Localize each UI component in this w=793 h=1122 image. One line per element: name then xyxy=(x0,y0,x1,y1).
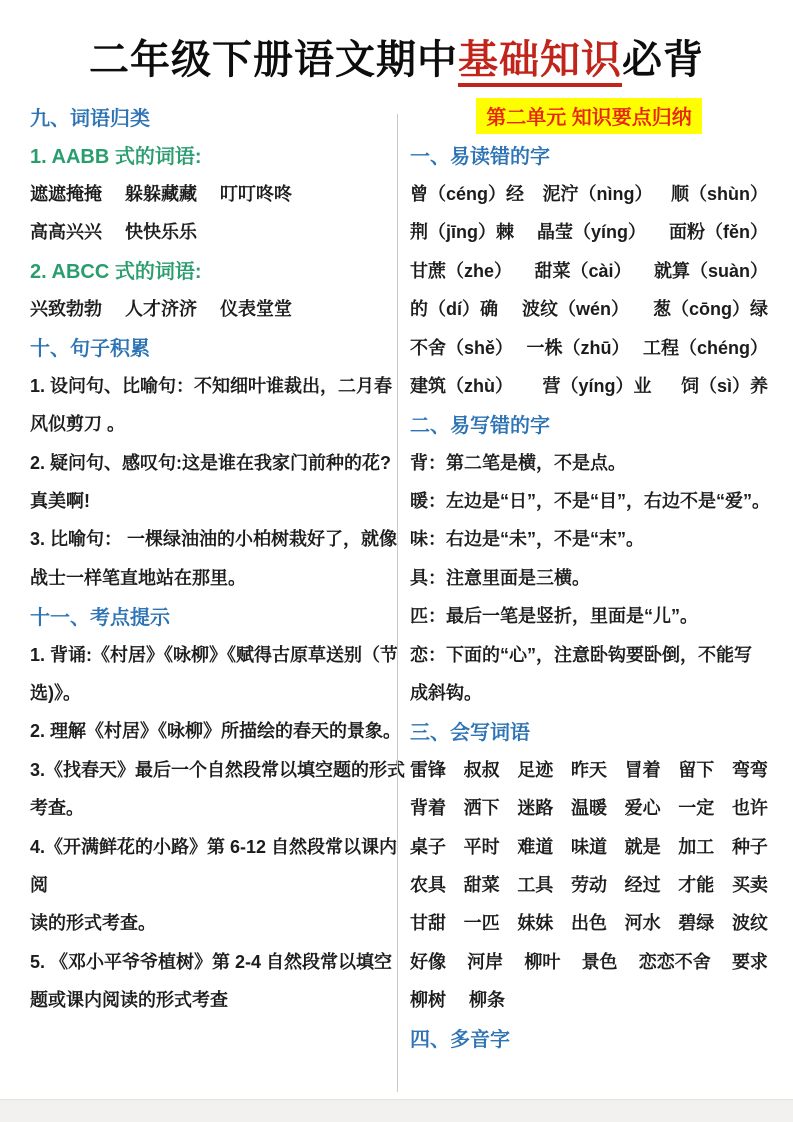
word-row: 建筑（zhù）营（yíng）业饲（sì）养 xyxy=(410,366,768,404)
word: 就是 xyxy=(625,833,661,859)
section-heading: 十、句子积累 xyxy=(30,327,383,365)
word: 爱心 xyxy=(625,794,661,820)
word: 一定 xyxy=(678,794,714,820)
word: 温暖 xyxy=(571,794,607,820)
word: 曾（céng）经 xyxy=(410,180,524,206)
word: 恋恋不舍 xyxy=(639,948,711,974)
word: 波纹（wén） xyxy=(522,295,629,321)
word: 雷锋 xyxy=(410,756,446,782)
word: 人才济济 xyxy=(125,295,197,321)
document-page: 二年级下册语文期中基础知识必背 九、词语归类1. AABB 式的词语:遮遮掩掩躲… xyxy=(0,0,793,1122)
title-text-post: 必背 xyxy=(622,38,704,82)
word: 平时 xyxy=(464,833,500,859)
word-row: 高高兴兴快快乐乐 xyxy=(30,212,383,250)
word: 顺（shùn） xyxy=(671,180,768,206)
word: 河岸 xyxy=(467,948,503,974)
text-line: 风似剪刀 。 xyxy=(30,404,383,442)
text-line: 味：右边是“未”，不是“末”。 xyxy=(410,519,768,557)
word: 泥泞（nìng） xyxy=(543,180,653,206)
word: 甘蔗（zhe） xyxy=(410,257,512,283)
word: 景色 xyxy=(582,948,618,974)
word: 晶莹（yíng） xyxy=(537,218,646,244)
word: 难道 xyxy=(517,833,553,859)
word: 营（yíng）业 xyxy=(542,372,651,398)
word: 甜菜 xyxy=(464,871,500,897)
section-heading: 九、词语归类 xyxy=(30,97,383,135)
unit-badge-row: 第二单元 知识要点归纳 xyxy=(410,97,768,135)
word: 甜菜（cài） xyxy=(534,257,631,283)
text-line: 4.《开满鲜花的小路》第 6-12 自然段常以课内 xyxy=(30,826,383,864)
word: 冒着 xyxy=(625,756,661,782)
unit-badge: 第二单元 知识要点归纳 xyxy=(476,98,702,134)
word: 足迹 xyxy=(517,756,553,782)
text-line: 暖：左边是“日”，不是“目”，右边不是“爱”。 xyxy=(410,481,768,519)
word: 葱（cōng）绿 xyxy=(653,295,768,321)
subsection-heading: 1. AABB 式的词语: xyxy=(30,135,383,173)
word-row: 雷锋叔叔足迹昨天冒着留下弯弯 xyxy=(410,750,768,788)
word: 工程（chéng） xyxy=(643,334,768,360)
text-line: 1. 背诵:《村居》《咏柳》《赋得古原草送别（节 xyxy=(30,634,383,672)
word-row: 好像河岸柳叶景色恋恋不舍要求 xyxy=(410,942,768,980)
text-line: 题或课内阅读的形式考查 xyxy=(30,980,383,1018)
text-line: 2. 理解《村居》《咏柳》所描绘的春天的景象。 xyxy=(30,711,383,749)
text-line: 2. 疑问句、感叹句:这是谁在我家门前种的花? xyxy=(30,443,383,481)
text-line: 考查。 xyxy=(30,788,383,826)
page-title: 二年级下册语文期中基础知识必背 xyxy=(0,0,793,85)
text-line: 成斜钩。 xyxy=(410,673,768,711)
right-column: 第二单元 知识要点归纳一、易读错的字曾（céng）经泥泞（nìng）顺（shùn… xyxy=(397,97,793,1057)
word: 叮叮咚咚 xyxy=(220,180,292,206)
word: 经过 xyxy=(625,871,661,897)
word-row: 兴致勃勃人才济济仪表堂堂 xyxy=(30,289,383,327)
word: 弯弯 xyxy=(732,756,768,782)
word-row: 不舍（shě）一株（zhū）工程（chéng） xyxy=(410,327,768,365)
word: 留下 xyxy=(678,756,714,782)
word: 河水 xyxy=(625,909,661,935)
word: 柳叶 xyxy=(524,948,560,974)
word-row: 甘蔗（zhe）甜菜（cài）就算（suàn） xyxy=(410,251,768,289)
word: 仪表堂堂 xyxy=(220,295,292,321)
text-line: 选)》。 xyxy=(30,673,383,711)
text-line: 具：注意里面是三横。 xyxy=(410,558,768,596)
text-line: 阅 xyxy=(30,865,383,903)
text-line: 匹：最后一笔是竖折，里面是“儿”。 xyxy=(410,596,768,634)
section-heading: 一、易读错的字 xyxy=(410,135,768,173)
word: 出色 xyxy=(571,909,607,935)
word-row: 背着洒下迷路温暖爱心一定也许 xyxy=(410,788,768,826)
word: 躲躲藏藏 xyxy=(125,180,197,206)
text-line: 战士一样笔直地站在那里。 xyxy=(30,558,383,596)
word: 味道 xyxy=(571,833,607,859)
word: 种子 xyxy=(732,833,768,859)
text-line: 读的形式考查。 xyxy=(30,903,383,941)
text-line: 真美啊! xyxy=(30,481,383,519)
word: 妹妹 xyxy=(517,909,553,935)
word-row: 荆（jīng）棘晶莹（yíng）面粉（fěn） xyxy=(410,212,768,250)
word: 一匹 xyxy=(464,909,500,935)
word: 快快乐乐 xyxy=(125,218,197,244)
word-row: 农具甜菜工具劳动经过才能买卖 xyxy=(410,865,768,903)
word: 也许 xyxy=(732,794,768,820)
text-line: 3.《找春天》最后一个自然段常以填空题的形式 xyxy=(30,750,383,788)
word: 好像 xyxy=(410,948,446,974)
word-row: 桌子平时难道味道就是加工种子 xyxy=(410,826,768,864)
word: 买卖 xyxy=(732,871,768,897)
word: 农具 xyxy=(410,871,446,897)
word: 兴致勃勃 xyxy=(30,295,102,321)
text-line: 恋：下面的“心”，注意卧钩要卧倒，不能写 xyxy=(410,634,768,672)
word: 才能 xyxy=(678,871,714,897)
subsection-heading: 2. ABCC 式的词语: xyxy=(30,251,383,289)
section-heading: 十一、考点提示 xyxy=(30,596,383,634)
word: 叔叔 xyxy=(464,756,500,782)
word: 迷路 xyxy=(517,794,553,820)
word: 不舍（shě） xyxy=(410,334,513,360)
section-heading: 四、多音字 xyxy=(410,1018,768,1056)
text-line: 1. 设问句、比喻句：不知细叶谁裁出，二月春 xyxy=(30,366,383,404)
word: 面粉（fěn） xyxy=(669,218,768,244)
word-row: 遮遮掩掩躲躲藏藏叮叮咚咚 xyxy=(30,174,383,212)
title-text-pre: 二年级下册语文期中 xyxy=(89,38,458,82)
word: 饲（sì）养 xyxy=(681,372,768,398)
section-heading: 三、会写词语 xyxy=(410,711,768,749)
word: 柳条 xyxy=(469,986,505,1012)
word-row: 甘甜一匹妹妹出色河水碧绿波纹 xyxy=(410,903,768,941)
word: 荆（jīng）棘 xyxy=(410,218,514,244)
word-row: 柳树柳条 xyxy=(410,980,768,1018)
word-row: 曾（céng）经泥泞（nìng）顺（shùn） xyxy=(410,174,768,212)
word: 甘甜 xyxy=(410,909,446,935)
word: 碧绿 xyxy=(678,909,714,935)
word: 背着 xyxy=(410,794,446,820)
word-row: 的（dí）确波纹（wén）葱（cōng）绿 xyxy=(410,289,768,327)
word: 要求 xyxy=(732,948,768,974)
word: 柳树 xyxy=(410,986,446,1012)
word: 高高兴兴 xyxy=(30,218,102,244)
word: 洒下 xyxy=(464,794,500,820)
word: 波纹 xyxy=(732,909,768,935)
word: 昨天 xyxy=(571,756,607,782)
word: 加工 xyxy=(678,833,714,859)
word: 一株（zhū） xyxy=(527,334,630,360)
page-bottom-edge xyxy=(0,1099,793,1122)
word: 的（dí）确 xyxy=(410,295,498,321)
section-heading: 二、易写错的字 xyxy=(410,404,768,442)
text-line: 背：第二笔是横，不是点。 xyxy=(410,443,768,481)
left-column: 九、词语归类1. AABB 式的词语:遮遮掩掩躲躲藏藏叮叮咚咚高高兴兴快快乐乐2… xyxy=(0,97,397,1057)
text-line: 5. 《邓小平爷爷植树》第 2-4 自然段常以填空 xyxy=(30,942,383,980)
word: 工具 xyxy=(517,871,553,897)
word: 桌子 xyxy=(410,833,446,859)
title-highlight: 基础知识 xyxy=(458,38,622,87)
column-divider xyxy=(397,114,398,1092)
word: 建筑（zhù） xyxy=(410,372,513,398)
text-line: 3. 比喻句： 一棵绿油油的小柏树栽好了，就像 xyxy=(30,519,383,557)
word: 遮遮掩掩 xyxy=(30,180,102,206)
word: 劳动 xyxy=(571,871,607,897)
word: 就算（suàn） xyxy=(654,257,768,283)
